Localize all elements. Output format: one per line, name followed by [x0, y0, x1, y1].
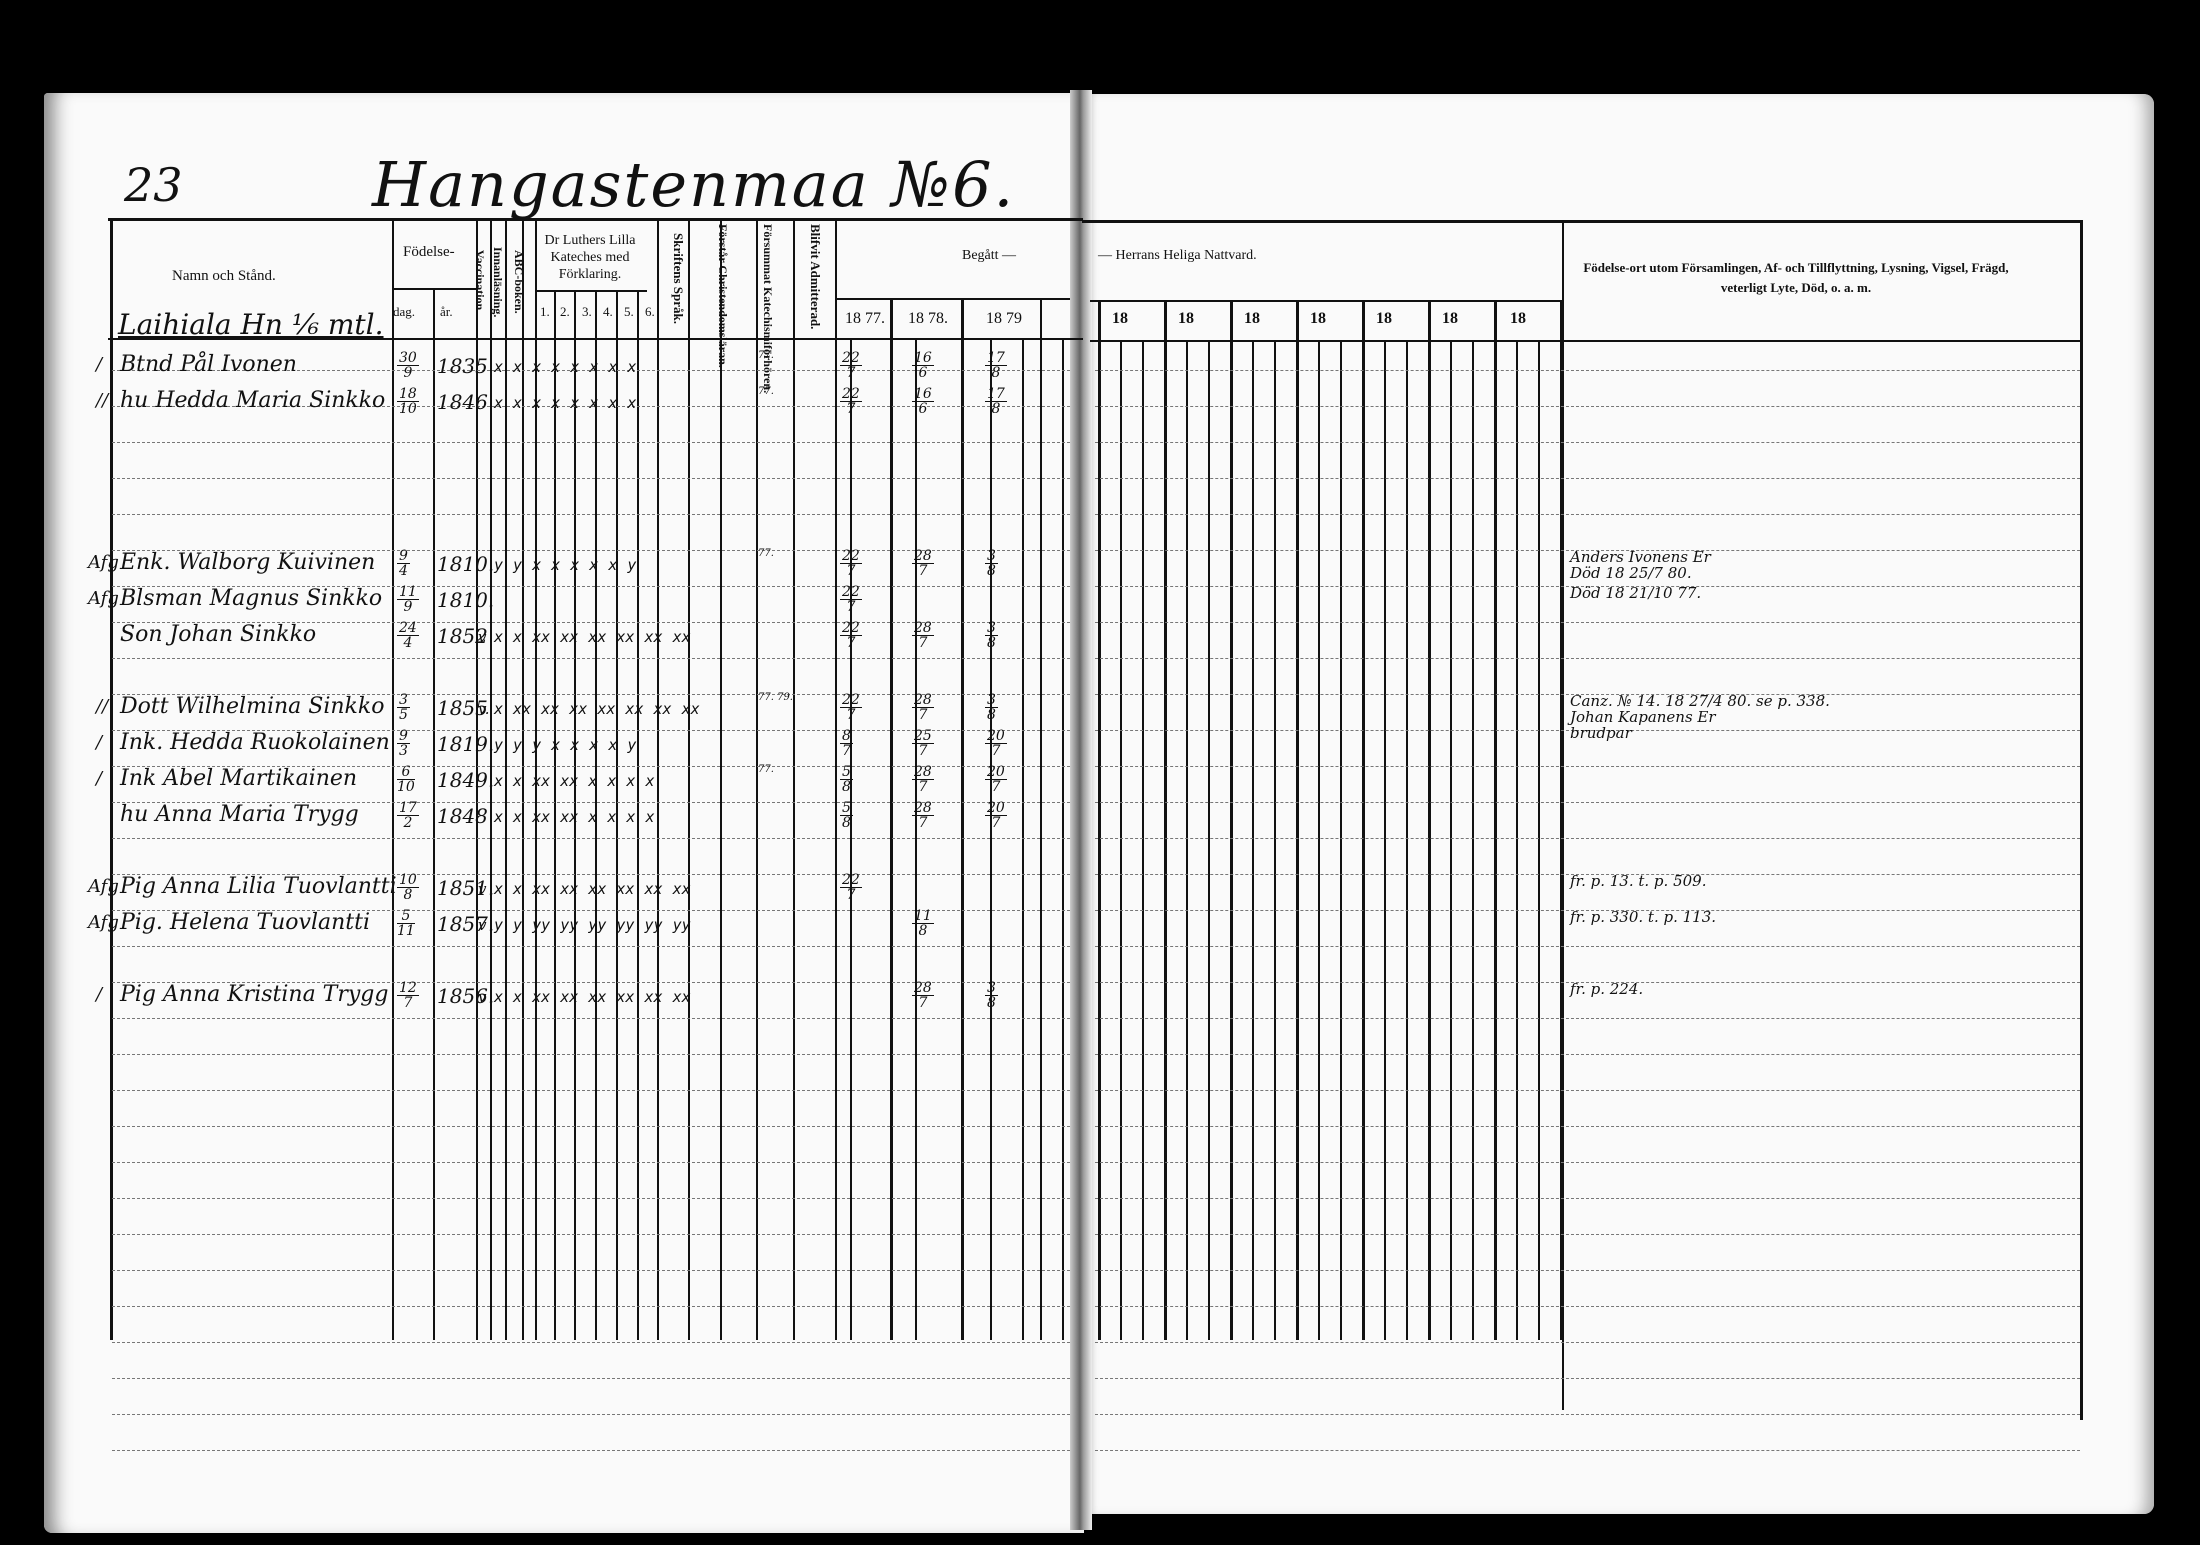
person-name: Pig Anna Lilia Tuovlantti	[120, 874, 397, 899]
column-line	[915, 340, 917, 1340]
birth-day: 35	[397, 693, 410, 722]
catechism-marks: x x xx xx xx xx xx xx	[494, 988, 691, 1006]
communion-1879: 38	[985, 621, 998, 650]
catechism-marks: x x xx xx x x x x	[494, 772, 655, 790]
remark-text: fr. p. 330. t. p. 113.	[1570, 908, 1716, 926]
year-column-line	[1494, 300, 1497, 1340]
column-line	[835, 218, 837, 1340]
birth-day: 93	[397, 729, 410, 758]
row-rule	[1095, 622, 2080, 623]
communion-1878: 257	[912, 729, 934, 758]
row-rule	[112, 1378, 1070, 1379]
sub-column-line	[1120, 340, 1122, 1340]
sub-column-line	[1252, 340, 1254, 1340]
birth-year: 1846	[437, 390, 488, 414]
row-rule	[1095, 1342, 2080, 1343]
birth-day: 244	[397, 621, 419, 650]
row-rule	[112, 1414, 1070, 1415]
row-rule	[112, 838, 1070, 839]
birth-day: 172	[397, 801, 419, 830]
column-line	[1062, 340, 1064, 1340]
remark-text: Död 18 25/7 80.	[1570, 564, 1692, 582]
header-communion-right: — Herrans Heliga Nattvard.	[1098, 248, 1257, 264]
header-innanlasning: Innanläsning.	[490, 236, 505, 328]
margin-note: /	[96, 768, 102, 789]
book-gutter	[1070, 90, 1092, 1530]
remark-text: fr. p. 224.	[1570, 980, 1643, 998]
margin-note: /	[96, 732, 102, 753]
person-name: Btnd Pål Ivonen	[120, 352, 297, 377]
forsummat-note: 77.	[758, 764, 774, 775]
catechism-marks: x x x x x x x x	[494, 358, 636, 376]
sub-column-line	[1186, 340, 1188, 1340]
margin-note: Afg	[88, 552, 119, 573]
year-1879: 18 79	[986, 310, 1022, 328]
communion-1878: 287	[912, 621, 934, 650]
catechism-col-6: 6.	[645, 304, 655, 320]
column-line	[657, 218, 659, 1340]
communion-1877: 58	[840, 801, 853, 830]
header-skriftens: Skriftens Språk.	[670, 224, 686, 334]
row-rule	[1095, 1054, 2080, 1055]
row-rule	[1095, 1234, 2080, 1235]
birth-year: 1835	[437, 354, 488, 378]
sub-column-line	[1340, 340, 1342, 1340]
birth-day: 108	[397, 873, 419, 902]
header-admitterad: Blifvit Admitterad.	[793, 224, 823, 304]
years-rule-right	[1090, 300, 1562, 302]
communion-1879: 38	[985, 693, 998, 722]
sub-column-line	[1472, 340, 1474, 1340]
column-line	[392, 218, 394, 1340]
birth-day: 94	[397, 549, 410, 578]
row-rule	[112, 1162, 1070, 1163]
birth-day: 127	[397, 981, 419, 1010]
remark-text: fr. p. 13. t. p. 509.	[1570, 872, 1706, 890]
column-line	[720, 218, 722, 1340]
forsummat-note: 77.	[758, 548, 774, 559]
forsummat-note: 77.	[758, 386, 774, 397]
sub-column-line	[1406, 340, 1408, 1340]
sub-column-line	[1142, 340, 1144, 1340]
column-line	[110, 218, 113, 1340]
communion-1877: 58	[840, 765, 853, 794]
column-line	[688, 218, 690, 1340]
row-rule	[1095, 946, 2080, 947]
communion-1877: 227	[840, 693, 862, 722]
remarks-column-line	[1562, 220, 1564, 1410]
communion-1878: 287	[912, 693, 934, 722]
person-name: hu Hedda Maria Sinkko	[120, 388, 385, 413]
sub-column-line	[1384, 340, 1386, 1340]
margin-note: //	[96, 390, 108, 411]
row-rule	[112, 1450, 1070, 1451]
communion-1878: 287	[912, 801, 934, 830]
sub-column-line	[1516, 340, 1518, 1340]
sub-column-line	[1274, 340, 1276, 1340]
sub-column-line	[1450, 340, 1452, 1340]
row-rule	[1095, 658, 2080, 659]
person-name: Pig Anna Kristina Trygg	[120, 982, 388, 1007]
column-line	[1022, 340, 1024, 1340]
row-rule	[1095, 1126, 2080, 1127]
margin-note: //	[96, 696, 108, 717]
birth-day: 1810	[397, 387, 419, 416]
year-column-line	[1428, 300, 1431, 1340]
year-right-5: 18	[1376, 310, 1392, 328]
communion-1877: 227	[840, 873, 862, 902]
row-rule	[1095, 1018, 2080, 1019]
row-rule	[1095, 1450, 2080, 1451]
margin-note: /	[96, 354, 102, 375]
communion-1878: 287	[912, 549, 934, 578]
years-rule-left	[835, 298, 1070, 300]
row-rule	[1095, 838, 2080, 839]
header-name: Namn och Stånd.	[172, 268, 276, 285]
birth-year: 1810.	[437, 552, 494, 576]
catechism-marks: x x xx xx x x x x	[494, 808, 655, 826]
person-name: hu Anna Maria Trygg	[120, 802, 359, 827]
catechism-marks: x x xx xx xx xx xx xx	[494, 880, 691, 898]
communion-1877: 87	[840, 729, 853, 758]
row-rule	[112, 1342, 1070, 1343]
row-rule	[1095, 442, 2080, 443]
communion-1879: 207	[985, 801, 1007, 830]
communion-1879: 178	[985, 351, 1007, 380]
margin-note: /	[96, 984, 102, 1005]
row-rule	[112, 1126, 1070, 1127]
page-number: 23	[124, 158, 183, 212]
person-name: Ink Abel Martikainen	[120, 766, 357, 791]
catechism-sub-rule	[535, 290, 647, 292]
vaccination-mark: v	[478, 916, 486, 934]
farm-heading: Laihiala Hn ⅙ mtl.	[118, 308, 384, 341]
birth-year: 1819.	[437, 732, 494, 756]
year-column-line	[1098, 300, 1101, 1340]
row-rule	[1095, 514, 2080, 515]
row-rule	[112, 1270, 1070, 1271]
page-right-border	[2080, 220, 2083, 1420]
communion-1879: 178	[985, 387, 1007, 416]
catechism-col-1: 1.	[540, 304, 550, 320]
catechism-col-3: 3.	[582, 304, 592, 320]
header-communion-left: Begått —	[962, 248, 1016, 264]
birth-year: 1849.	[437, 768, 494, 792]
birth-year: 1810.	[437, 588, 494, 612]
vaccination-mark: v.	[478, 700, 489, 718]
communion-1877: 227	[840, 549, 862, 578]
birth-year: 1848	[437, 804, 488, 828]
row-rule	[1095, 802, 2080, 803]
catechism-marks: y y y x x x x y	[494, 736, 636, 754]
catechism-marks: x xx xx xx xx xx xx xx	[494, 700, 700, 718]
village-title: Hangastenmaa №6.	[372, 148, 1015, 221]
sub-column-line	[1538, 340, 1540, 1340]
communion-1877: 227	[840, 351, 862, 380]
year-column-line	[1230, 300, 1233, 1340]
row-rule	[1095, 478, 2080, 479]
catechism-col-5: 5.	[624, 304, 634, 320]
header-forstar: Förstår Christendomsläran.	[700, 224, 730, 334]
year-column-line	[1362, 300, 1365, 1340]
margin-note: Afg	[88, 876, 119, 897]
communion-1877: 227	[840, 387, 862, 416]
catechism-col-4: 4.	[603, 304, 613, 320]
row-rule	[112, 514, 1070, 515]
column-line	[961, 298, 964, 1340]
person-name: Blsman Magnus Sinkko	[120, 586, 382, 611]
birth-day: 511	[397, 909, 415, 938]
row-rule	[112, 478, 1070, 479]
birth-day: 610	[397, 765, 415, 794]
header-forsummat: Försummat Katechismiförhören.	[745, 224, 775, 334]
margin-note: Afg	[88, 912, 119, 933]
row-rule	[112, 1018, 1070, 1019]
communion-1878: 166	[912, 387, 934, 416]
birth-day: 309	[397, 351, 419, 380]
person-name: Dott Wilhelmina Sinkko	[120, 694, 384, 719]
header-birth-day: dag.	[393, 304, 415, 320]
row-rule	[112, 1090, 1070, 1091]
row-rule	[112, 946, 1070, 947]
communion-1879: 38	[985, 549, 998, 578]
communion-1878: 166	[912, 351, 934, 380]
header-top-rule-right	[1082, 220, 2082, 223]
communion-1879: 38	[985, 981, 998, 1010]
catechism-marks: x x xx xx xx xx xx xx	[494, 628, 691, 646]
forsummat-note: 77. 79.	[758, 692, 793, 703]
row-rule	[1095, 1198, 2080, 1199]
person-name: Enk. Walborg Kuivinen	[120, 550, 375, 575]
header-top-rule	[108, 218, 1083, 221]
column-line	[850, 340, 852, 1340]
communion-1879: 207	[985, 765, 1007, 794]
row-rule	[112, 442, 1070, 443]
column-line	[990, 340, 992, 1340]
year-column-line	[1164, 300, 1167, 1340]
header-birth: Födelse-	[403, 244, 455, 261]
column-line	[793, 218, 795, 1340]
row-rule	[1095, 1378, 2080, 1379]
catechism-marks: y y yy yy yy yy yy yy	[494, 916, 691, 934]
header-birth-year: år.	[440, 304, 453, 320]
row-rule	[1095, 1090, 2080, 1091]
communion-1879: 207	[985, 729, 1007, 758]
row-rule	[1095, 1414, 2080, 1415]
header-catechism: Dr Luthers Lilla Kateches med Förklaring…	[540, 232, 640, 283]
column-line	[433, 290, 435, 1340]
header-remarks: Födelse-ort utom Församlingen, Af- och T…	[1566, 258, 2026, 298]
year-right-2: 18	[1178, 310, 1194, 328]
header-bottom-rule-right	[1090, 340, 2082, 342]
year-1877: 18 77.	[845, 310, 885, 328]
communion-1878: 287	[912, 765, 934, 794]
row-rule	[112, 1234, 1070, 1235]
header-vaccination: Vaccination.	[472, 236, 487, 328]
year-right-4: 18	[1310, 310, 1326, 328]
communion-1877: 227	[840, 621, 862, 650]
margin-note: Afg	[88, 588, 119, 609]
person-name: Son Johan Sinkko	[120, 622, 316, 647]
row-rule	[1095, 1306, 2080, 1307]
sub-column-line	[1208, 340, 1210, 1340]
birth-day: 119	[397, 585, 419, 614]
row-rule	[112, 1306, 1070, 1307]
vaccination-mark: v	[478, 988, 486, 1006]
row-rule	[1095, 766, 2080, 767]
year-1878: 18 78.	[908, 310, 948, 328]
row-rule	[112, 1198, 1070, 1199]
catechism-marks: x x x x x x x x	[494, 394, 636, 412]
vaccination-mark: v	[478, 880, 486, 898]
row-rule	[112, 1054, 1070, 1055]
year-column-line	[1296, 300, 1299, 1340]
communion-1877: 227	[840, 585, 862, 614]
remark-text: brudpar	[1570, 724, 1632, 742]
row-rule	[1095, 370, 2080, 371]
remark-text: Död 18 21/10 77.	[1570, 584, 1701, 602]
year-right-6: 18	[1442, 310, 1458, 328]
year-right-3: 18	[1244, 310, 1260, 328]
column-line	[890, 298, 893, 1340]
communion-1878: 118	[912, 909, 934, 938]
person-name: Pig. Helena Tuovlantti	[120, 910, 370, 935]
row-rule	[1095, 1162, 2080, 1163]
communion-1878: 287	[912, 981, 934, 1010]
person-name: Ink. Hedda Ruokolainen	[120, 730, 390, 755]
year-right-1: 18	[1112, 310, 1128, 328]
vaccination-mark: v	[478, 628, 486, 646]
row-rule	[1095, 406, 2080, 407]
forsummat-note: 77.	[758, 350, 774, 361]
sub-column-line	[1318, 340, 1320, 1340]
catechism-col-2: 2.	[560, 304, 570, 320]
year-right-7: 18	[1510, 310, 1526, 328]
row-rule	[112, 658, 1070, 659]
row-rule	[1095, 1270, 2080, 1271]
catechism-marks: y y x x x x x y	[494, 556, 636, 574]
header-abc: ABC-boken.	[511, 236, 526, 328]
right-page	[1082, 94, 2154, 1514]
column-line	[1040, 298, 1042, 1340]
